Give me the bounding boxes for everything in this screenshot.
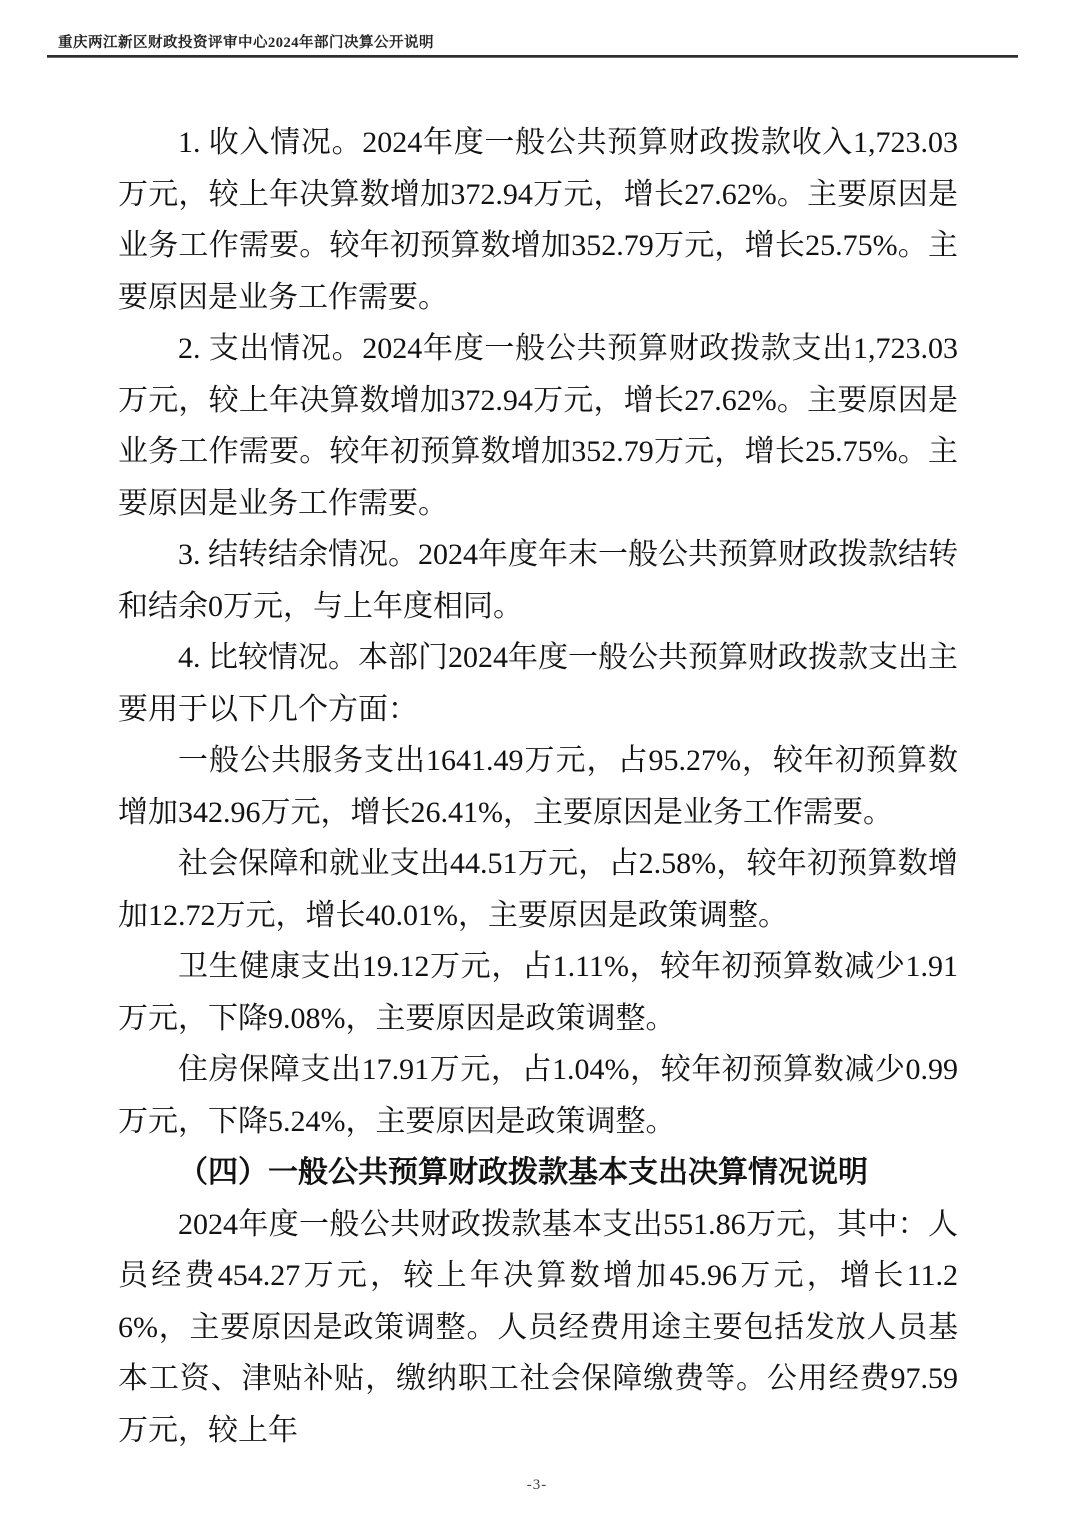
paragraph-income: 1. 收入情况。2024年度一般公共预算财政拨款收入1,723.03万元，较上年… xyxy=(118,117,958,323)
paragraph-social-security-employment: 社会保障和就业支出44.51万元，占2.58%，较年初预算数增加12.72万元，… xyxy=(118,838,958,941)
paragraph-comparison: 4. 比较情况。本部门2024年度一般公共预算财政拨款支出主要用于以下几个方面： xyxy=(118,632,958,735)
paragraph-expenditure: 2. 支出情况。2024年度一般公共预算财政拨款支出1,723.03万元，较上年… xyxy=(118,323,958,529)
paragraph-basic-expenditure-detail: 2024年度一般公共财政拨款基本支出551.86万元，其中：人员经费454.27… xyxy=(118,1199,958,1457)
header-rule xyxy=(47,55,1018,58)
paragraph-housing-security: 住房保障支出17.91万元，占1.04%，较年初预算数减少0.99万元，下降5.… xyxy=(118,1044,958,1147)
paragraph-carryover-balance: 3. 结转结余情况。2024年度年末一般公共预算财政拨款结转和结余0万元，与上年… xyxy=(118,529,958,632)
page-footer: -3- xyxy=(0,1476,1074,1494)
document-body: 1. 收入情况。2024年度一般公共预算财政拨款收入1,723.03万元，较上年… xyxy=(118,117,958,1456)
section-heading-basic-expenditure: （四）一般公共预算财政拨款基本支出决算情况说明 xyxy=(118,1147,958,1199)
page-number: -3- xyxy=(527,1477,548,1493)
paragraph-health: 卫生健康支出19.12万元，占1.11%，较年初预算数减少1.91万元，下降9.… xyxy=(118,941,958,1044)
header-title: 重庆两江新区财政投资评审中心2024年部门决算公开说明 xyxy=(58,31,434,52)
paragraph-general-public-services: 一般公共服务支出1641.49万元，占95.27%，较年初预算数增加342.96… xyxy=(118,735,958,838)
document-page: 重庆两江新区财政投资评审中心2024年部门决算公开说明 1. 收入情况。2024… xyxy=(0,0,1074,1520)
